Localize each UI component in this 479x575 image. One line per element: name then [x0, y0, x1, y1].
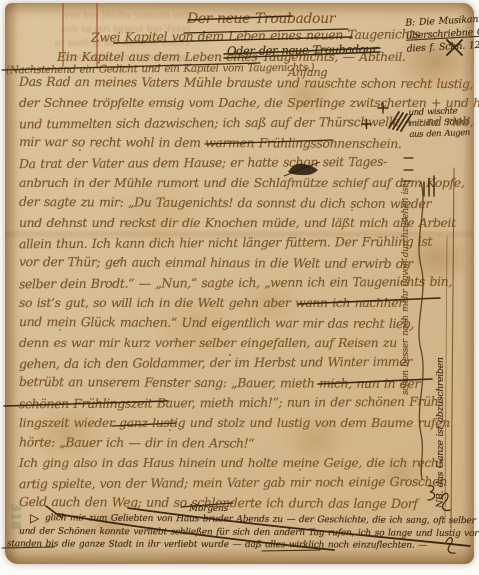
body-line: selber dein Brodt.“ — „Nun,“ sagte ich, … — [19, 275, 452, 292]
collection-stamp: 318 — [7, 503, 22, 530]
body-line: und mein Glück machen.“ Und eigentlich w… — [19, 315, 414, 331]
body-line: artig spielte, von der Wand; mein Vater … — [19, 475, 447, 492]
body-line: schönen Frühlingszeit Bauer, mieth mich!… — [19, 395, 442, 412]
body-line: der Schnee tröpfelte emsig vom Dache, di… — [19, 96, 479, 110]
manuscript-paper: dnu ehcsuar elhüM red nov retaV red hcar… — [5, 3, 474, 564]
manuscript-photo: dnu ehcsuar elhüM red nov retaV red hcar… — [0, 0, 479, 575]
body-line: und dehnst und reckst dir die Knochen mü… — [19, 216, 456, 230]
body-line: der sagte zu mir: „Du Taugenichts! da so… — [19, 195, 431, 211]
body-line: und tummelten sich dazwischen; ich saß a… — [19, 115, 474, 132]
body-line: allein thun. Ich kann dich hier nicht lä… — [19, 235, 432, 252]
body-line: so ist’s gut, so will ich in die Welt ge… — [19, 296, 404, 310]
vertical-margin-note-dark: NB. das Ganze ist abzuschreiben — [435, 358, 446, 508]
bleedthrough-line: dnu ehcsuar elhüM red nov — [15, 9, 190, 23]
body-line: Das Rad an meines Vaters Mühle brauste u… — [19, 75, 473, 91]
body-line: Da trat der Vater aus dem Hause; er hatt… — [19, 155, 387, 171]
body-line: denn es war mir kurz vorher selber einge… — [19, 336, 397, 350]
deleted-draft-line: standen bis die ganze Stadt in ihr verli… — [7, 539, 427, 550]
body-line: hörte: „Bauer ich — dir in den Arsch!“ — [19, 435, 254, 450]
vertical-margin-note-light: schon besser noch mehr davon durchzusehe… — [401, 190, 411, 395]
body-line: Ich ging also in das Haus hinein und hol… — [19, 456, 443, 470]
struck-word: Morgens — [189, 504, 228, 514]
body-line: anbruch in der Mühle rumort und die Schl… — [19, 176, 464, 190]
title-crossed-out: Der neue Troubadour — [187, 11, 335, 27]
body-line: mir war so recht wohl in dem warmen Früh… — [19, 135, 402, 151]
insertion-caret: ▷ — [30, 511, 39, 525]
body-line: betrübt an unserem Fenster sang: „Bauer,… — [19, 375, 420, 391]
body-line: gehen, da ich den Goldammer, der im Herb… — [19, 355, 412, 371]
corner-annotation: B: Die Musikanten überschriebne Capitel … — [405, 11, 479, 55]
margin-note-line: aus den Augen — [409, 128, 470, 141]
deleted-draft-line: glich mir zum Geliebten von Haus bruder … — [45, 513, 479, 527]
deleted-draft-line: und der Schönen konnte verliebt schließe… — [19, 527, 479, 540]
body-line: vor der Thür; geh auch einmal hinaus in … — [19, 255, 413, 271]
body-line: lingszeit wieder ganz lustig und stolz u… — [19, 416, 450, 430]
